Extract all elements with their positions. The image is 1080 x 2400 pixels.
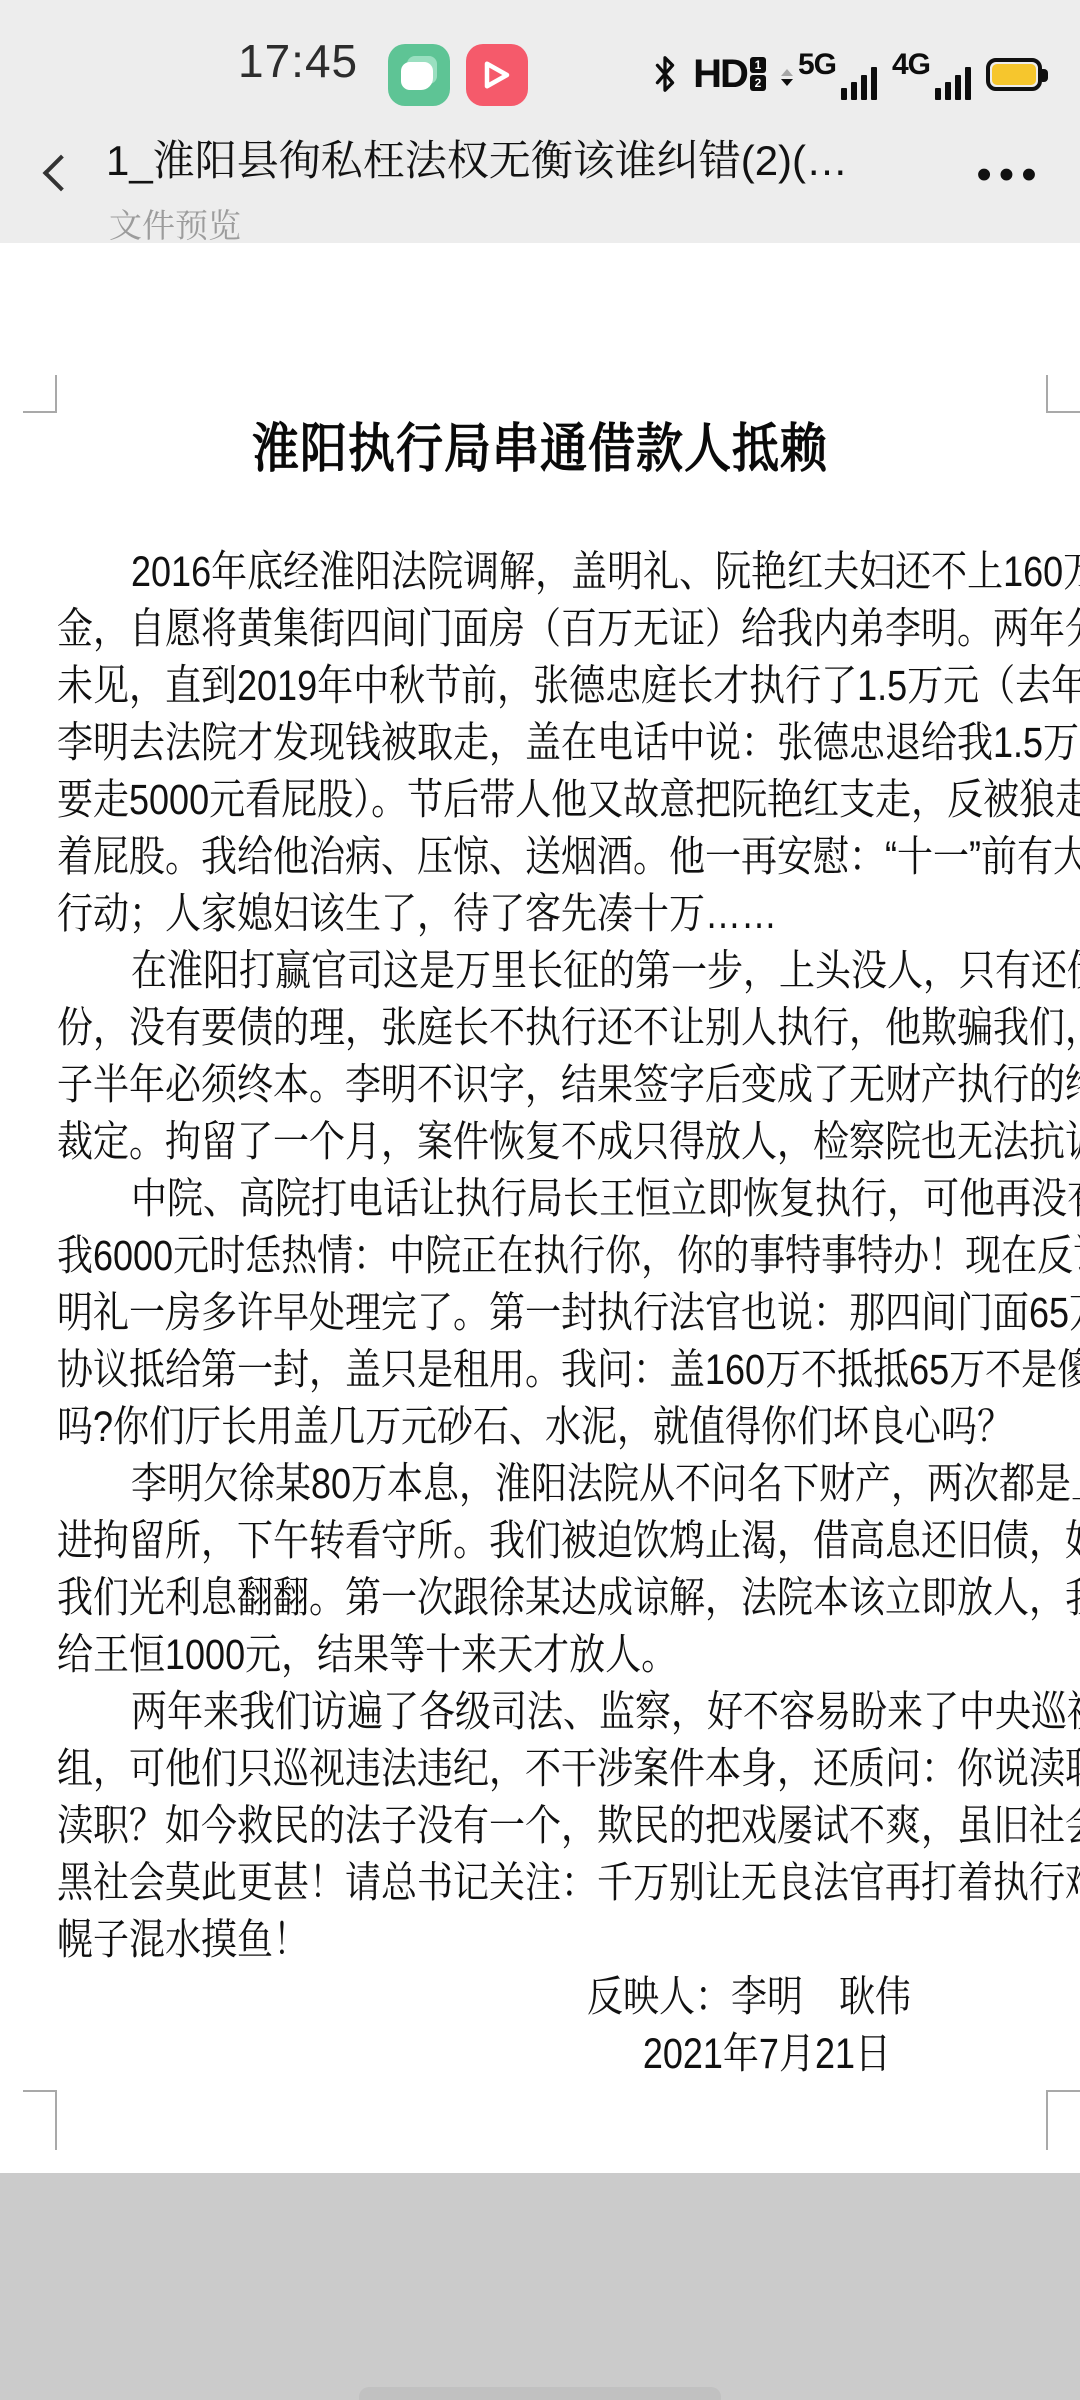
battery-icon (986, 58, 1042, 91)
gesture-hint-bar[interactable] (359, 2387, 721, 2400)
document-paragraphs: 2016年底经淮阳法院调解，盖明礼、阮艳红夫妇还不上160万本金，自愿将黄集街四… (57, 543, 1023, 1968)
signal-bars-icon (935, 67, 971, 100)
hd-label: HD (693, 52, 747, 97)
document-date: 2021年7月21日 (57, 2020, 1023, 2087)
dual-sim-badge: 1 2 (750, 57, 766, 91)
signal-4g: 4G (892, 48, 971, 100)
notes-app-notification-icon (388, 44, 450, 106)
video-app-notification-icon (466, 44, 528, 106)
file-title: 1_淮阳县徇私枉法权无衡该谁纠错(2)(… (106, 128, 866, 188)
note-shape (401, 62, 433, 90)
file-preview-label: 文件预览 (109, 200, 241, 247)
chevron-left-icon (43, 155, 80, 192)
status-icons: HD 1 2 5G 4G (652, 46, 1048, 102)
network-5g-label: 5G (798, 48, 836, 82)
signal-bars-icon (841, 67, 877, 100)
bluetooth-icon (652, 55, 678, 93)
battery-fill (992, 64, 1036, 85)
phone-screen: 17:45 HD 1 2 (0, 0, 1080, 2400)
document-title: 淮阳执行局串通借款人抵赖 (0, 407, 1080, 482)
back-button[interactable] (30, 138, 100, 218)
document-body: 2016年底经淮阳法院调解，盖明礼、阮艳红夫妇还不上160万本金，自愿将黄集街四… (57, 543, 1023, 2082)
data-updown-arrows-icon (781, 69, 793, 86)
sim1-badge: 1 (750, 57, 766, 73)
more-menu-button[interactable]: ••• (960, 140, 1060, 210)
top-bar: 17:45 HD 1 2 (0, 0, 1080, 243)
notification-icons (388, 44, 528, 106)
bottom-bar (0, 2173, 1080, 2400)
battery-nub (1042, 69, 1048, 82)
page-margin-mark-bottom-left (23, 2090, 57, 2150)
volte-hd-icon: HD 1 2 (693, 52, 766, 97)
network-4g-label: 4G (892, 48, 930, 82)
sim2-badge: 2 (750, 75, 766, 91)
signal-5g: 5G (781, 48, 877, 100)
document-preview-area[interactable]: 淮阳执行局串通借款人抵赖 2016年底经淮阳法院调解，盖明礼、阮艳红夫妇还不上1… (0, 243, 1080, 2173)
page-margin-mark-bottom-right (1046, 2090, 1080, 2150)
status-time: 17:45 (238, 34, 358, 88)
ellipsis-icon: ••• (960, 140, 1060, 210)
play-icon (482, 60, 512, 90)
